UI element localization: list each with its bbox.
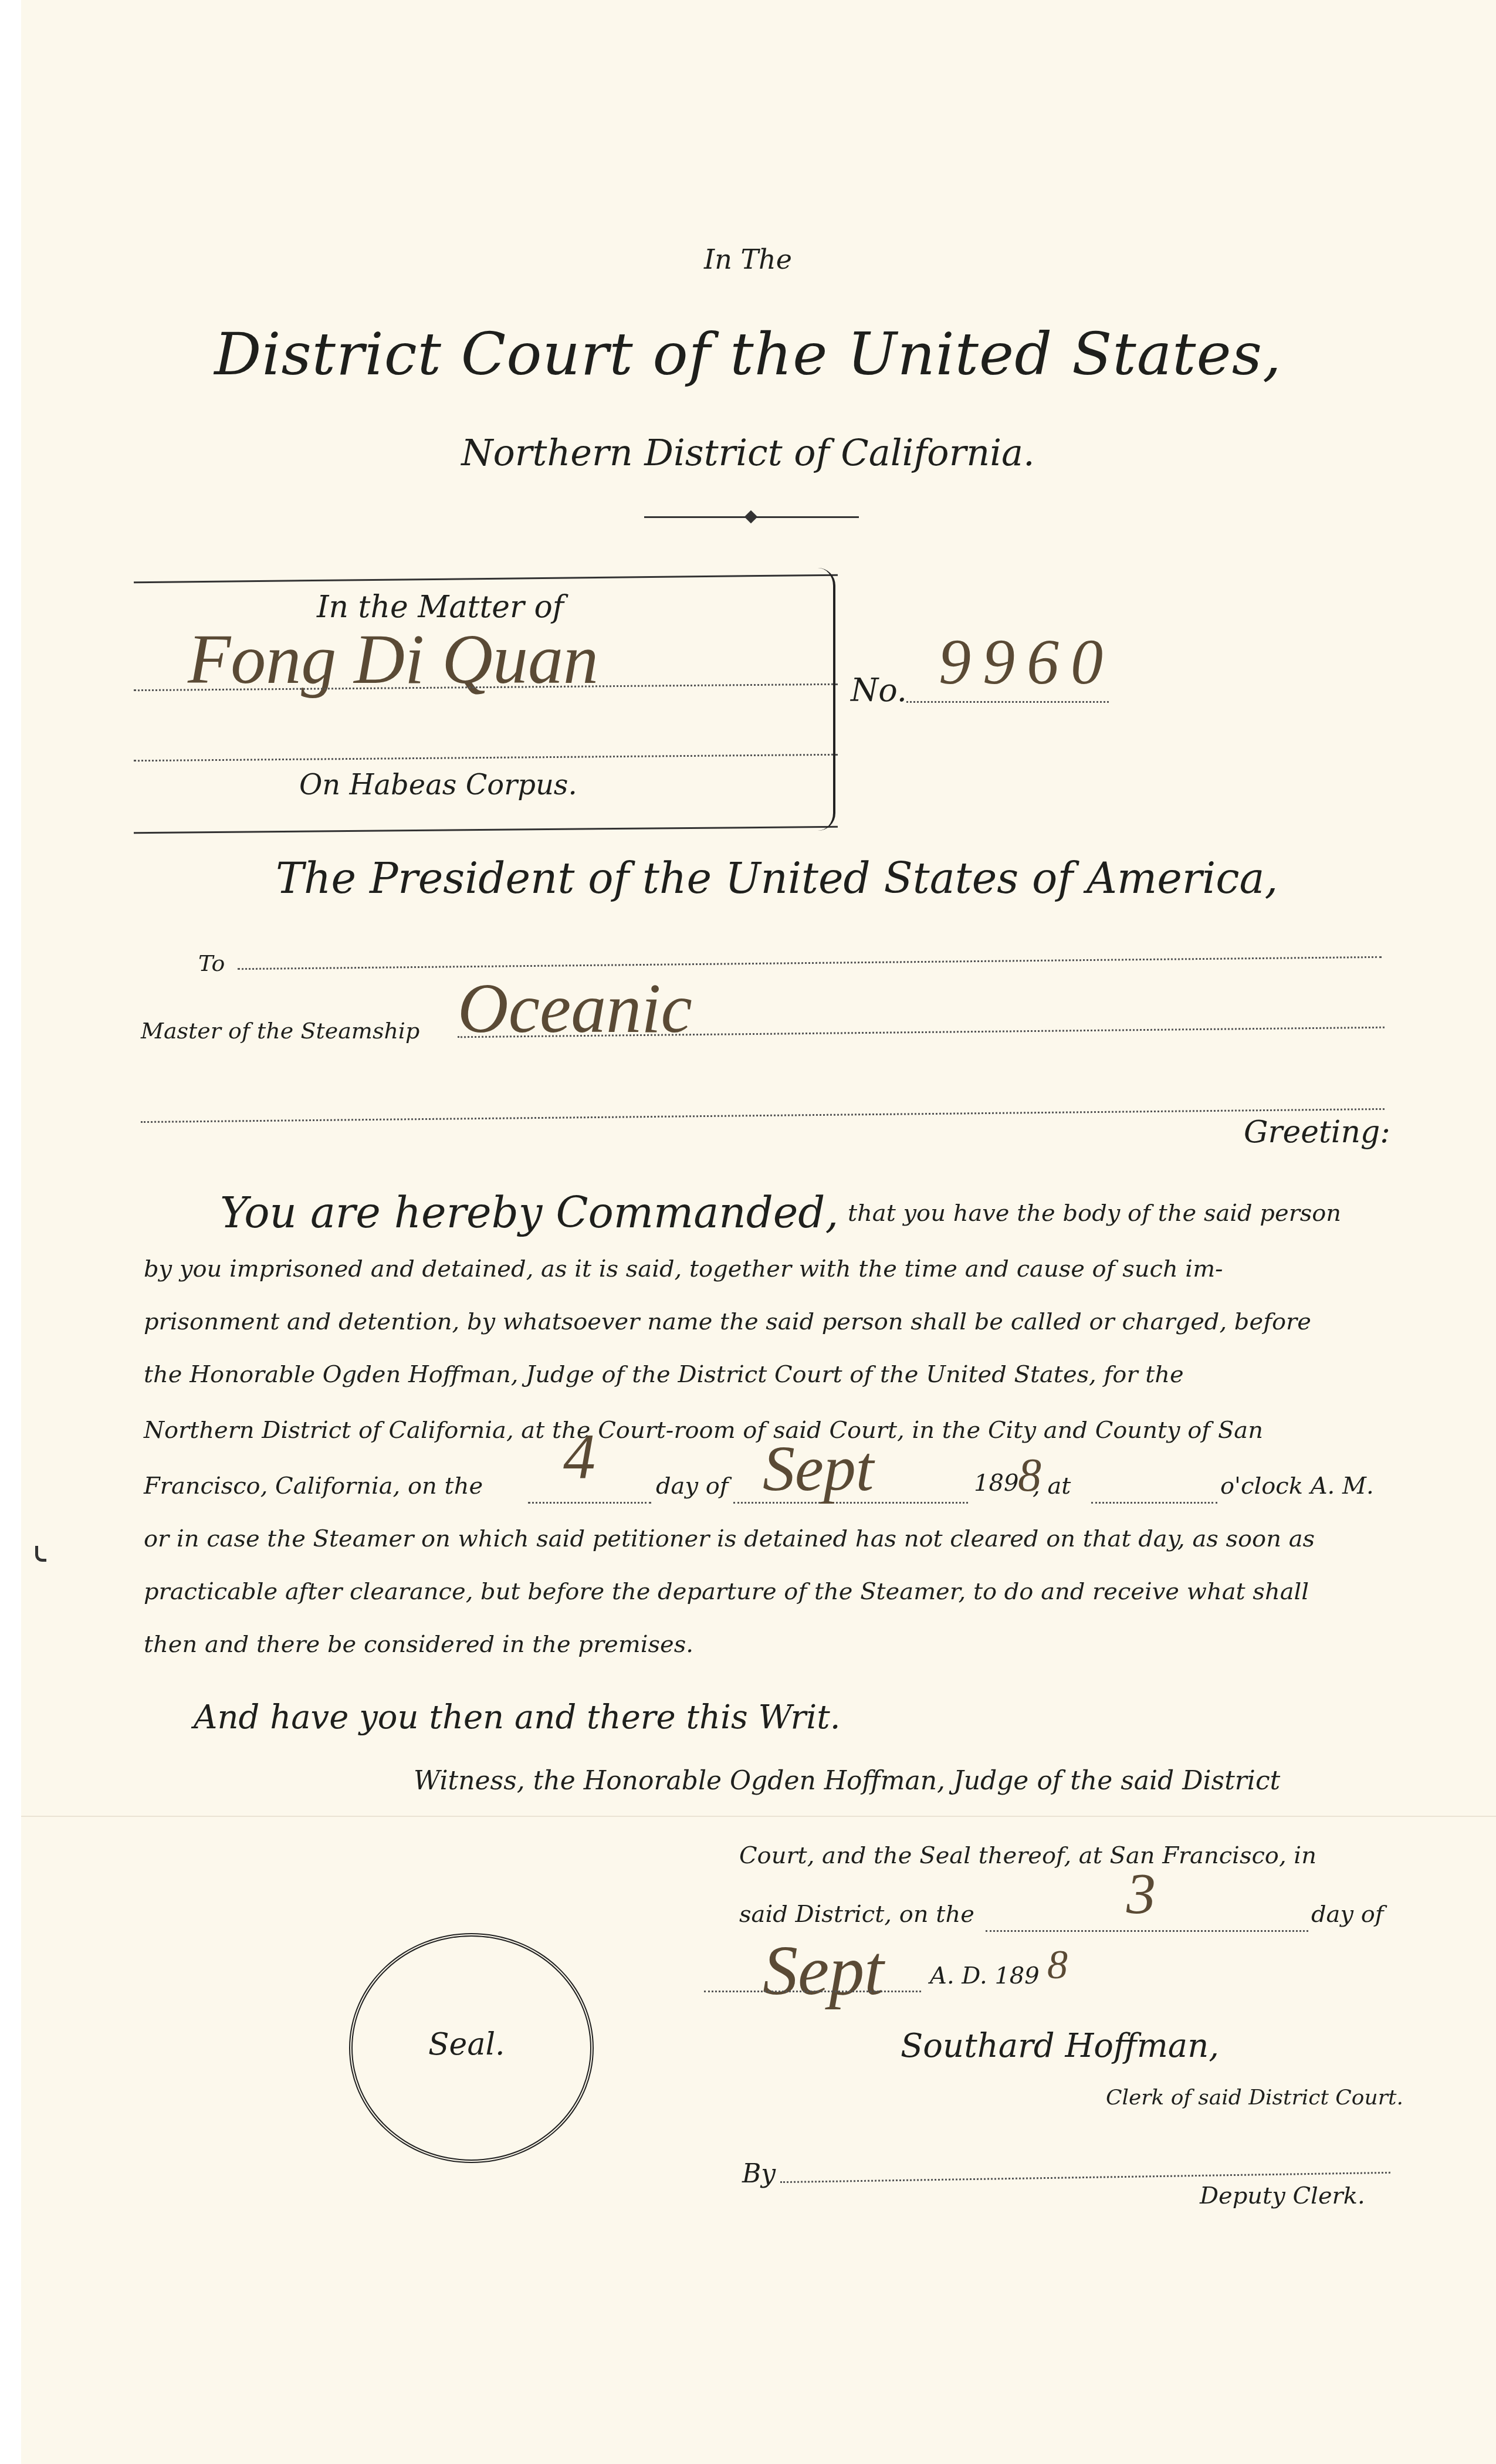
command-tail-line-3: then and there be considered in the prem… <box>144 1631 693 1658</box>
hearing-time-line <box>1091 1502 1217 1504</box>
proceeding-label: On Habeas Corpus. <box>299 769 577 801</box>
hearing-day-line <box>528 1502 651 1504</box>
command-line-4: the Honorable Ogden Hoffman, Judge of th… <box>144 1361 1184 1388</box>
president-heading: The President of the United States of Am… <box>276 854 1278 903</box>
oclock-label: o'clock A. M. <box>1220 1473 1374 1500</box>
seal-label: Seal. <box>428 2027 505 2062</box>
witness-line-3-prefix: said District, on the <box>739 1901 974 1928</box>
district-subtitle: Northern District of California. <box>0 431 1496 474</box>
ink-mark <box>35 1546 46 1562</box>
greeting: Greeting: <box>1244 1115 1390 1150</box>
writ-statement: And have you then and there this Writ. <box>194 1698 841 1737</box>
date-line-prefix: Francisco, California, on the <box>144 1473 483 1500</box>
command-line-3: prisonment and detention, by whatsoever … <box>144 1308 1311 1335</box>
ad-label: A. D. 189 <box>930 1962 1040 1989</box>
case-number-handwritten: 9960 <box>939 625 1115 699</box>
court-title: District Court of the United States, <box>0 320 1496 388</box>
witness-line-3-suffix: day of <box>1311 1901 1384 1928</box>
year-prefix: 189 <box>974 1470 1018 1497</box>
day-of-label: day of <box>656 1473 729 1500</box>
command-line-2: by you imprisoned and detained, as it is… <box>144 1255 1223 1282</box>
to-label: To <box>198 950 225 976</box>
deputy-title: Deputy Clerk. <box>1200 2182 1365 2209</box>
header-preamble: In The <box>0 243 1496 275</box>
paper-fold-line <box>21 1816 1496 1817</box>
witness-line-1: Witness, the Honorable Ogden Hoffman, Ju… <box>414 1766 1280 1796</box>
witness-month-handwritten: Sept <box>763 1930 884 2011</box>
hearing-day-handwritten: 4 <box>563 1420 595 1494</box>
case-number-line <box>906 701 1109 703</box>
command-lead: You are hereby Commanded, <box>220 1188 838 1237</box>
command-tail-line-2: practicable after clearance, but before … <box>144 1578 1309 1605</box>
clerk-name: Southard Hoffman, <box>901 2027 1219 2065</box>
witness-month-line <box>704 1991 921 1992</box>
witness-day-handwritten: 3 <box>1126 1860 1156 1927</box>
witness-day-line <box>986 1930 1308 1932</box>
witness-line-2: Court, and the Seal thereof, at San Fran… <box>739 1842 1316 1869</box>
clerk-title: Clerk of said District Court. <box>1106 2086 1403 2110</box>
by-label: By <box>742 2159 776 2189</box>
command-tail-line-1: or in case the Steamer on which said pet… <box>144 1525 1315 1552</box>
case-number-label: No. <box>851 672 907 709</box>
hearing-month-handwritten: Sept <box>763 1431 874 1506</box>
witness-year-handwritten: 8 <box>1047 1942 1068 1989</box>
master-label: Master of the Steamship <box>141 1018 419 1044</box>
command-line-1: that you have the body of the said perso… <box>848 1200 1341 1227</box>
command-line-5: Northern District of California, at the … <box>144 1417 1263 1444</box>
at-label: , at <box>1033 1473 1071 1500</box>
caption-brace <box>810 568 835 831</box>
